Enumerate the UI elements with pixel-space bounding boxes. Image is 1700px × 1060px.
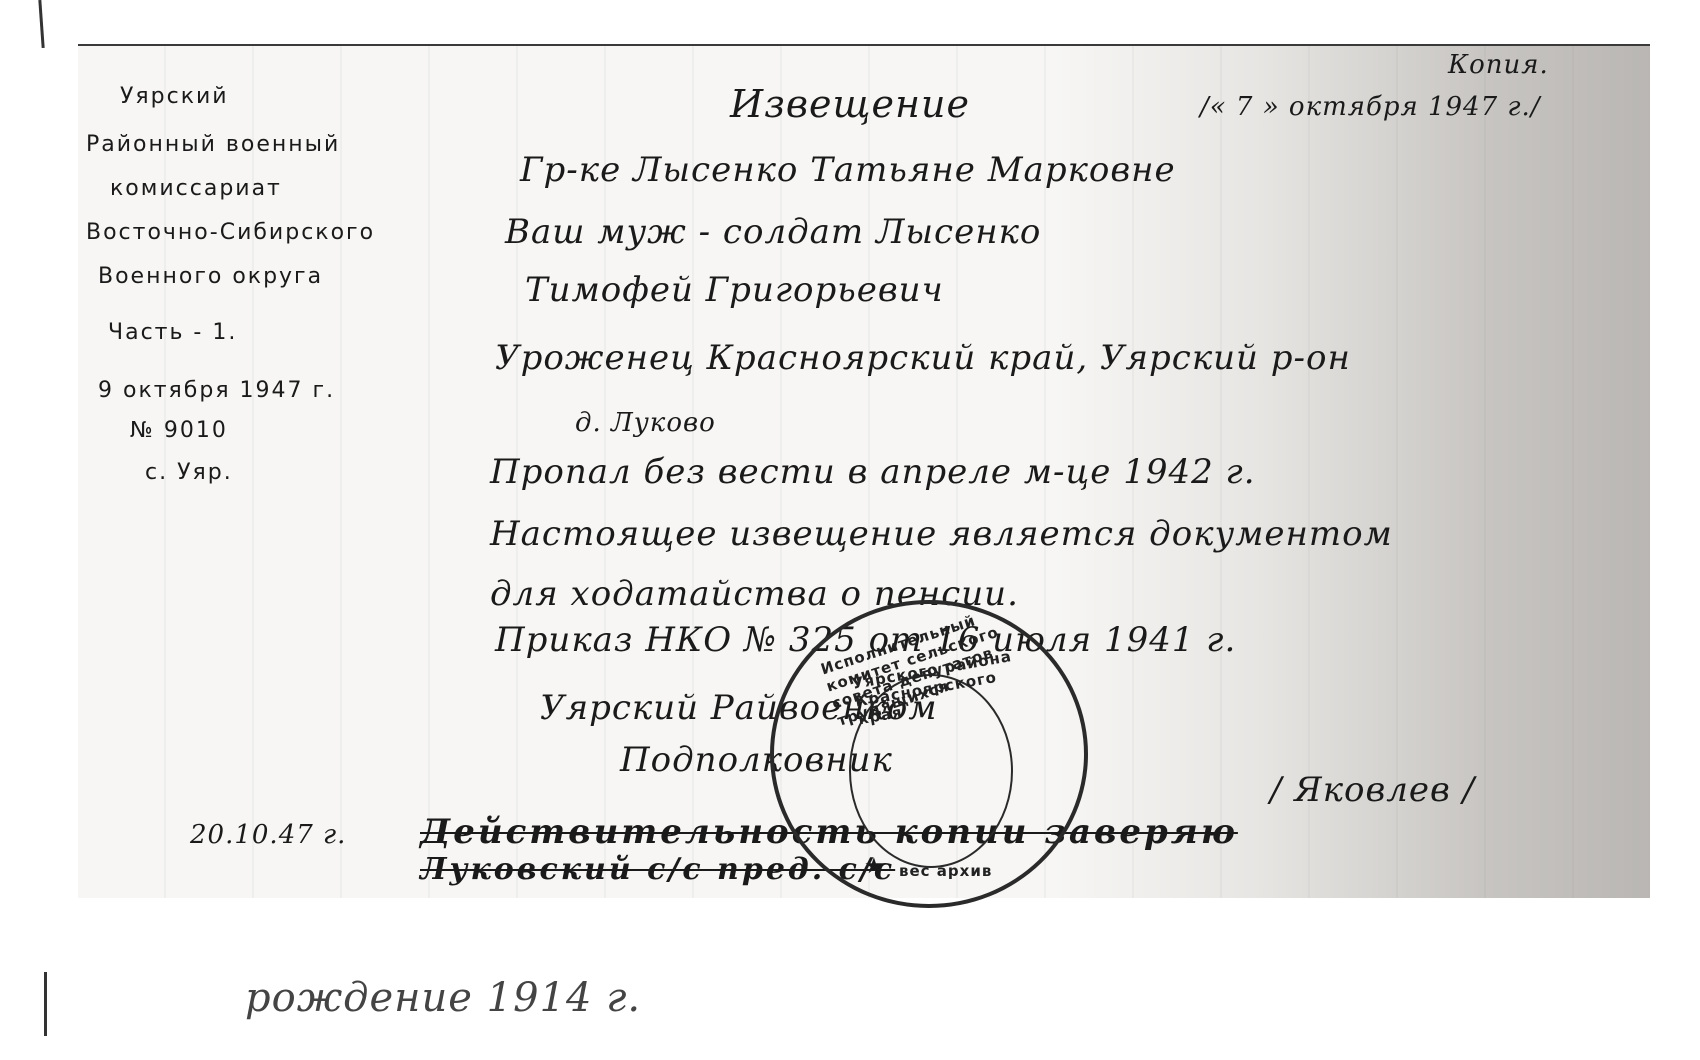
issue-date: /« 7 » октября 1947 г./	[1200, 92, 1541, 122]
left-header-line: Районный военный	[86, 134, 340, 156]
body-line: Ваш муж - солдат Лысенко	[505, 212, 1041, 252]
body-line-addressee: Гр-ке Лысенко Татьяне Марковне	[520, 150, 1176, 190]
body-line-status: Пропал без вести в апреле м-це 1942 г.	[490, 452, 1256, 492]
stamp-bottom-text: вес архив	[899, 862, 992, 880]
left-header-line: Уярский	[120, 86, 229, 108]
crop-mark-top-left	[38, 0, 44, 48]
left-header-line: Часть - 1.	[108, 322, 237, 344]
official-stamp: Исполнительный комитет сельского совета …	[770, 600, 1088, 908]
birth-year-note: рождение 1914 г.	[245, 975, 641, 1021]
signature-name: / Яковлев /	[1270, 770, 1475, 810]
star-icon: ★	[864, 854, 884, 879]
copy-mark: Копия.	[1448, 50, 1549, 80]
left-header-line: 9 октября 1947 г.	[98, 380, 335, 402]
left-header-line: с. Уяр.	[145, 462, 233, 484]
left-header-line: № 9010	[130, 420, 228, 442]
body-line: Уроженец Красноярский край, Уярский р-он	[495, 338, 1351, 378]
body-line: Настоящее извещение является документом	[490, 514, 1393, 554]
left-header-line: Военного округа	[98, 266, 323, 288]
certification-date: 20.10.47 г.	[190, 820, 346, 850]
left-header-line: комиссариат	[110, 178, 282, 200]
crop-mark-bottom-left	[44, 972, 47, 1036]
body-line-soldier-name: Тимофей Григорьевич	[525, 270, 944, 310]
body-line: д. Луково	[575, 408, 716, 438]
document-title: Извещение	[730, 82, 970, 126]
left-header-line: Восточно-Сибирского	[86, 222, 375, 244]
